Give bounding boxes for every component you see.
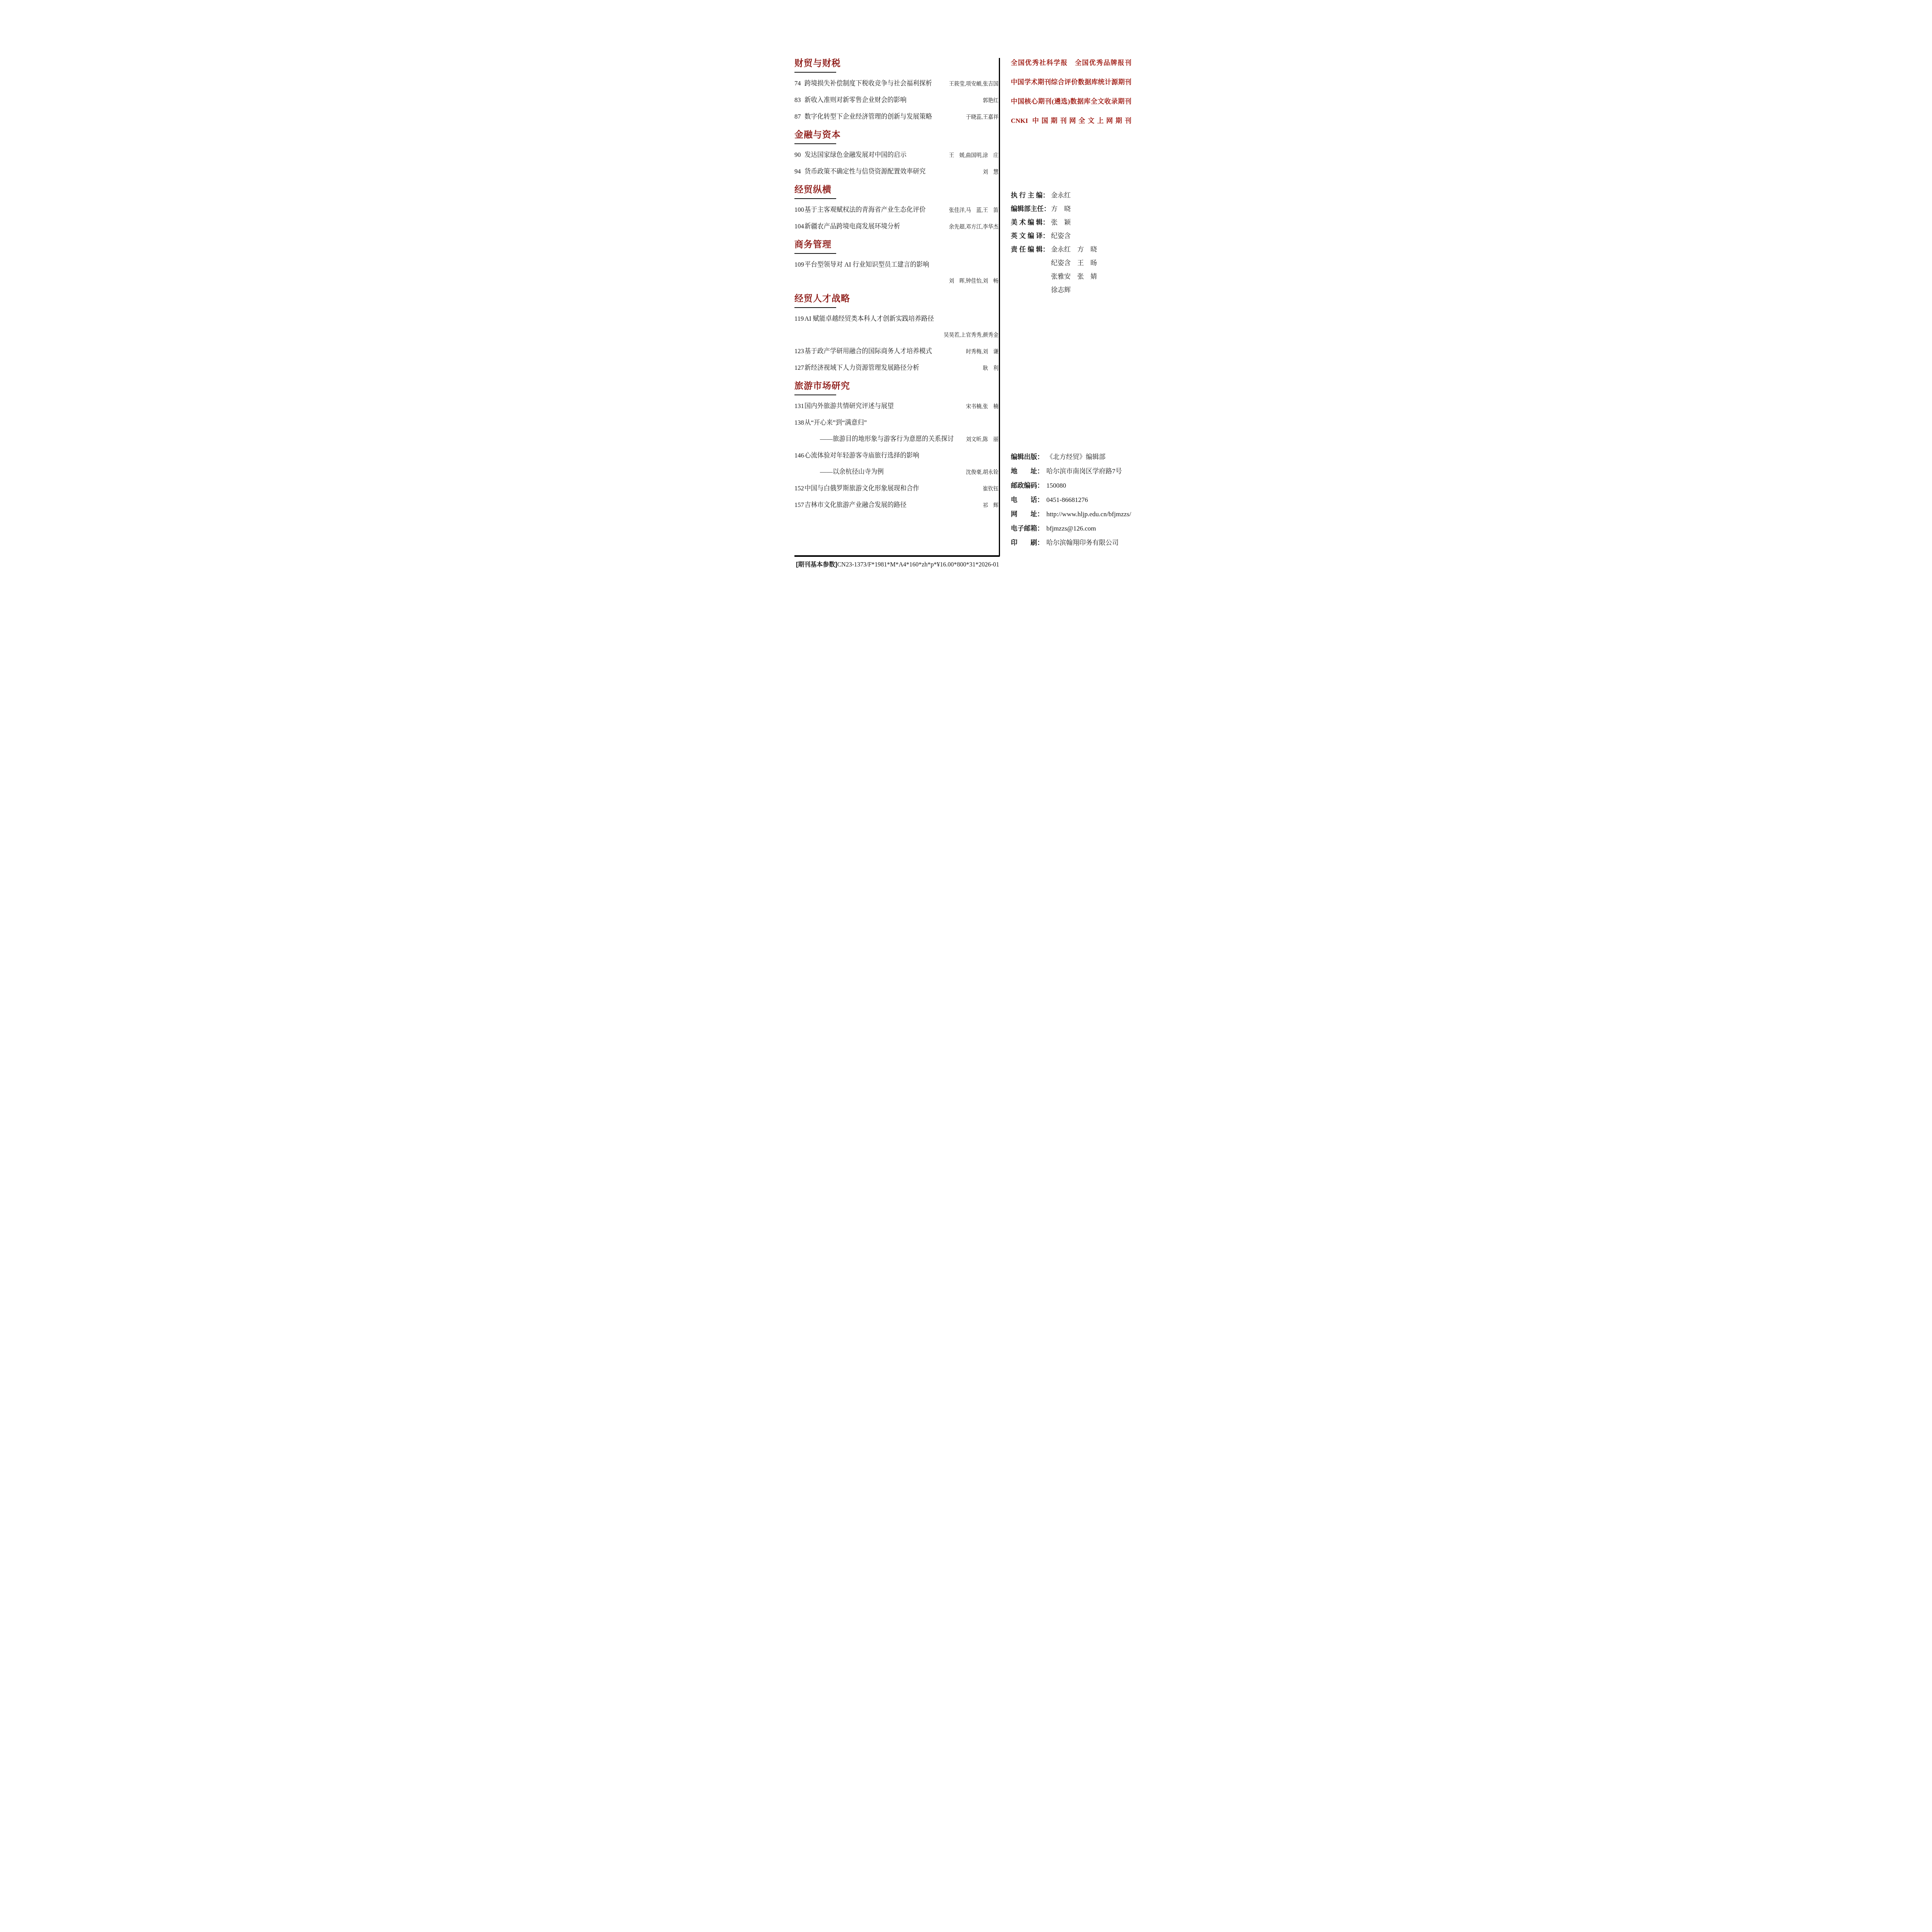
- section-heading-rule: [794, 307, 836, 308]
- section-heading-rule: [794, 253, 836, 254]
- toc-entry: 吴昊若,上官秀秀,颜秀金: [794, 331, 998, 339]
- toc-entry: ——以余杭径山寺为例 沈俊豪,胡永铨: [794, 468, 998, 476]
- toc-entry: 87 数字化转型下企业经济管理的创新与发展策略 于晓蕊,王嘉祥: [794, 113, 998, 121]
- journal-parameters-label: [期刊基本参数]: [796, 561, 837, 568]
- toc-entry: 127 新经济视域下人力资源管理发展路径分析 耿 利: [794, 364, 998, 372]
- info-line: 美 术 编 辑：张 颖: [1011, 218, 1131, 227]
- info-value: 哈尔滨翰翔印务有限公司: [1046, 539, 1119, 546]
- page-number: 146: [794, 452, 804, 459]
- section-heading-rule: [794, 395, 836, 395]
- info-line: 责 任 编 辑：金永红 方 晓: [1011, 245, 1131, 254]
- info-value: 《北方经贸》编辑部: [1046, 453, 1105, 461]
- page-number: 138: [794, 419, 804, 427]
- toc-entry: 74 跨境损失补偿制度下税收竞争与社会福利探析 王筱莹,项安頔,张吉国: [794, 80, 998, 88]
- footer-rule: [794, 555, 1000, 557]
- page-number: 127: [794, 364, 804, 372]
- info-value: 徐志辉: [1051, 286, 1071, 294]
- section-heading: 旅游市场研究: [794, 381, 998, 391]
- page-number: 131: [794, 402, 804, 410]
- article-title: 平台型领导对 AI 行业知识型员工建言的影响: [804, 261, 995, 269]
- info-value: http://www.hljp.edu.cn/bfjmzzs/: [1046, 510, 1131, 518]
- article-authors: 王筱莹,项安頔,张吉国: [946, 80, 998, 88]
- info-line: 英 文 编 译：纪姿含: [1011, 232, 1131, 240]
- section-rows: 100 基于主客观赋权法的青海省产业生态化评价 张佳洋,马 蓝,王 笛 104 …: [794, 206, 998, 231]
- article-authors: 王 媛,曲国明,涂 庄: [946, 151, 998, 159]
- info-label: 网 址：: [1011, 510, 1046, 519]
- article-title: ——以余杭径山寺为例: [804, 468, 963, 476]
- article-title: 跨境损失补偿制度下税收竞争与社会福利探析: [804, 80, 946, 87]
- article-title: 基于主客观赋权法的青海省产业生态化评价: [804, 206, 946, 214]
- section-heading: 经贸纵横: [794, 184, 998, 194]
- info-label: 责 任 编 辑：: [1011, 245, 1051, 254]
- info-line: 编辑出版：《北方经贸》编辑部: [1011, 453, 1131, 461]
- article-authors: 吴昊若,上官秀秀,颜秀金: [940, 331, 998, 339]
- section-rows: 74 跨境损失补偿制度下税收竞争与社会福利探析 王筱莹,项安頔,张吉国 83 新…: [794, 80, 998, 121]
- article-title: 从“开心来”到“满意归”: [804, 419, 995, 427]
- journal-parameters: [期刊基本参数]CN23-1373/F*1981*M*A4*160*zh*p*¥…: [796, 561, 1005, 569]
- article-authors: 崔钦钰: [980, 485, 999, 493]
- section-heading-rule: [794, 72, 836, 73]
- info-value: 金永红: [1051, 192, 1071, 199]
- toc-entry: 104 新疆农产品跨境电商发展环境分析 余先超,邓方江,李华杰: [794, 223, 998, 231]
- info-label: 电子邮箱：: [1011, 524, 1046, 533]
- toc-entry: 152 中国与白俄罗斯旅游文化形象展现和合作 崔钦钰: [794, 485, 998, 493]
- section-heading: 金融与资本: [794, 129, 998, 139]
- toc-entry: 157 吉林市文化旅游产业融合发展的路径 祁 辉: [794, 501, 998, 509]
- article-authors: 郭艳红: [980, 97, 999, 104]
- journal-toc-page: 财贸与财税 74 跨境损失补偿制度下税收竞争与社会福利探析 王筱莹,项安頔,张吉…: [753, 0, 1179, 596]
- info-line: 网 址：http://www.hljp.edu.cn/bfjmzzs/: [1011, 510, 1131, 519]
- info-label: 电 话：: [1011, 496, 1046, 504]
- info-value: 纪姿含: [1051, 232, 1071, 240]
- journal-parameters-value: CN23-1373/F*1981*M*A4*160*zh*p*¥16.00*80…: [837, 561, 999, 568]
- article-authors: 张佳洋,马 蓝,王 笛: [946, 206, 998, 214]
- journal-accolades: 全国优秀社科学报 全国优秀品牌报刊 中国学术期刊综合评价数据库统计源期刊 中国核…: [1011, 58, 1131, 135]
- publisher-info: 编辑出版：《北方经贸》编辑部 地 址：哈尔滨市南岗区学府路7号 邮政编码：150…: [1011, 453, 1131, 553]
- accolade-line: 中国学术期刊综合评价数据库统计源期刊: [1011, 77, 1131, 87]
- page-number: 119: [794, 315, 804, 323]
- section-heading: 财贸与财税: [794, 58, 998, 68]
- info-value: 150080: [1046, 482, 1066, 489]
- info-line: 印 刷：哈尔滨翰翔印务有限公司: [1011, 539, 1131, 547]
- info-value: 金永红 方 晓: [1051, 246, 1097, 253]
- section-heading: 商务管理: [794, 239, 998, 249]
- info-line: 邮政编码：150080: [1011, 481, 1131, 490]
- article-authors: 于晓蕊,王嘉祥: [963, 113, 998, 121]
- info-value: 张 颖: [1051, 219, 1071, 226]
- article-authors: 耿 利: [980, 364, 999, 372]
- page-number: 123: [794, 347, 804, 355]
- accolade-line: 全国优秀社科学报 全国优秀品牌报刊: [1011, 58, 1131, 68]
- info-value: 张雅安 张 婧: [1051, 273, 1097, 280]
- toc-entry: ——旅游目的地形象与游客行为意愿的关系探讨 刘文昕,陈 丽: [794, 435, 998, 443]
- section-heading: 经贸人才战略: [794, 293, 998, 303]
- toc-section: 经贸纵横 100 基于主客观赋权法的青海省产业生态化评价 张佳洋,马 蓝,王 笛…: [794, 184, 998, 231]
- article-authors: 刘文昕,陈 丽: [963, 435, 998, 443]
- info-value: 哈尔滨市南岗区学府路7号: [1046, 468, 1122, 475]
- toc-entry: 94 货币政策不确定性与信贷资源配置效率研究 刘 慧: [794, 168, 998, 176]
- article-authors: 时秀梅,刘 谦: [963, 348, 998, 355]
- info-label: 编辑出版：: [1011, 453, 1046, 461]
- info-column: 全国优秀社科学报 全国优秀品牌报刊 中国学术期刊综合评价数据库统计源期刊 中国核…: [1011, 58, 1131, 560]
- toc-entry: 83 新收入准则对新零售企业财会的影响 郭艳红: [794, 96, 998, 104]
- toc-entry: 90 发达国家绿色金融发展对中国的启示 王 媛,曲国明,涂 庄: [794, 151, 998, 159]
- article-title: 货币政策不确定性与信贷资源配置效率研究: [804, 168, 980, 175]
- info-label: 美 术 编 辑：: [1011, 218, 1051, 227]
- toc-entry: 146 心流体验对年轻游客寺庙旅行选择的影响: [794, 452, 998, 459]
- toc-entry: 109 平台型领导对 AI 行业知识型员工建言的影响: [794, 261, 998, 269]
- toc-section: 经贸人才战略 119 AI 赋能卓越经贸类本科人才创新实践培养路径 吴昊若,上官…: [794, 293, 998, 372]
- article-authors: 刘 晖,钟佳怡,刘 畅: [946, 277, 998, 285]
- article-authors: 沈俊豪,胡永铨: [963, 468, 998, 476]
- article-title: 发达国家绿色金融发展对中国的启示: [804, 151, 946, 159]
- info-label: 地 址：: [1011, 467, 1046, 476]
- article-authors: 祁 辉: [980, 502, 999, 509]
- article-title: 新经济视域下人力资源管理发展路径分析: [804, 364, 980, 372]
- article-authors: 宋书楠,张 楠: [963, 403, 998, 410]
- article-authors: 刘 慧: [980, 168, 999, 176]
- toc-column: 财贸与财税 74 跨境损失补偿制度下税收竞争与社会福利探析 王筱莹,项安頔,张吉…: [794, 58, 998, 518]
- article-title: 新收入准则对新零售企业财会的影响: [804, 96, 980, 104]
- accolade-line: 中国核心期刊(遴选)数据库全文收录期刊: [1011, 97, 1131, 107]
- article-title: 心流体验对年轻游客寺庙旅行选择的影响: [804, 452, 995, 459]
- info-line: 张雅安 张 婧: [1011, 272, 1131, 281]
- toc-entry: 131 国内外旅游共情研究评述与展望 宋书楠,张 楠: [794, 402, 998, 410]
- editorial-staff: 执 行 主 编：金永红 编辑部主任：方 晓 美 术 编 辑：张 颖 英 文 编 …: [1011, 191, 1131, 299]
- page-number: 90: [794, 151, 804, 159]
- info-line: 地 址：哈尔滨市南岗区学府路7号: [1011, 467, 1131, 476]
- page-number: 104: [794, 223, 804, 230]
- page-number: 94: [794, 168, 804, 175]
- toc-section: 商务管理 109 平台型领导对 AI 行业知识型员工建言的影响 刘 晖,钟佳怡,…: [794, 239, 998, 285]
- toc-section: 金融与资本 90 发达国家绿色金融发展对中国的启示 王 媛,曲国明,涂 庄 94…: [794, 129, 998, 176]
- info-value: 0451-86681276: [1046, 496, 1088, 503]
- section-heading-rule: [794, 198, 836, 199]
- article-title: 数字化转型下企业经济管理的创新与发展策略: [804, 113, 963, 121]
- info-line: 编辑部主任：方 晓: [1011, 205, 1131, 213]
- toc-entry: 100 基于主客观赋权法的青海省产业生态化评价 张佳洋,马 蓝,王 笛: [794, 206, 998, 214]
- toc-entry: 刘 晖,钟佳怡,刘 畅: [794, 277, 998, 285]
- info-line: 纪姿含 王 旸: [1011, 259, 1131, 267]
- article-title: 基于政产学研用融合的国际商务人才培养模式: [804, 347, 963, 355]
- section-heading-rule: [794, 143, 836, 144]
- page-number: 87: [794, 113, 804, 121]
- info-value: 方 晓: [1051, 205, 1071, 213]
- info-value: 纪姿含 王 旸: [1051, 259, 1097, 267]
- section-rows: 90 发达国家绿色金融发展对中国的启示 王 媛,曲国明,涂 庄 94 货币政策不…: [794, 151, 998, 176]
- article-title: ——旅游目的地形象与游客行为意愿的关系探讨: [804, 435, 963, 443]
- vertical-divider: [999, 58, 1000, 556]
- page-number: 109: [794, 261, 804, 269]
- toc-entry: 119 AI 赋能卓越经贸类本科人才创新实践培养路径: [794, 315, 998, 323]
- page-number: 100: [794, 206, 804, 214]
- page-number: 74: [794, 80, 804, 87]
- toc-entry: 138 从“开心来”到“满意归”: [794, 419, 998, 427]
- accolade-line: CNKI 中国期刊网全文上网期刊: [1011, 116, 1131, 126]
- info-line: 徐志辉: [1011, 286, 1131, 294]
- info-label: 英 文 编 译：: [1011, 232, 1051, 240]
- article-title: 新疆农产品跨境电商发展环境分析: [804, 223, 946, 230]
- info-label: 邮政编码：: [1011, 481, 1046, 490]
- page-number: 157: [794, 501, 804, 509]
- info-line: 电子邮箱：bfjmzzs@126.com: [1011, 524, 1131, 533]
- article-title: 国内外旅游共情研究评述与展望: [804, 402, 963, 410]
- info-label: 印 刷：: [1011, 539, 1046, 547]
- toc-section: 旅游市场研究 131 国内外旅游共情研究评述与展望 宋书楠,张 楠 138 从“…: [794, 381, 998, 509]
- article-title: AI 赋能卓越经贸类本科人才创新实践培养路径: [804, 315, 995, 323]
- section-rows: 109 平台型领导对 AI 行业知识型员工建言的影响 刘 晖,钟佳怡,刘 畅: [794, 261, 998, 285]
- toc-section: 财贸与财税 74 跨境损失补偿制度下税收竞争与社会福利探析 王筱莹,项安頔,张吉…: [794, 58, 998, 121]
- article-title: 吉林市文化旅游产业融合发展的路径: [804, 501, 980, 509]
- info-value: bfjmzzs@126.com: [1046, 525, 1096, 532]
- page-number: 152: [794, 485, 804, 492]
- info-line: 执 行 主 编：金永红: [1011, 191, 1131, 200]
- info-line: 电 话：0451-86681276: [1011, 496, 1131, 504]
- info-label: 执 行 主 编：: [1011, 191, 1051, 200]
- info-label: 编辑部主任：: [1011, 205, 1051, 213]
- toc-entry: 123 基于政产学研用融合的国际商务人才培养模式 时秀梅,刘 谦: [794, 347, 998, 355]
- section-rows: 131 国内外旅游共情研究评述与展望 宋书楠,张 楠 138 从“开心来”到“满…: [794, 402, 998, 509]
- page-number: 83: [794, 96, 804, 104]
- article-title: 中国与白俄罗斯旅游文化形象展现和合作: [804, 485, 980, 492]
- section-rows: 119 AI 赋能卓越经贸类本科人才创新实践培养路径 吴昊若,上官秀秀,颜秀金 …: [794, 315, 998, 372]
- article-authors: 余先超,邓方江,李华杰: [946, 223, 998, 231]
